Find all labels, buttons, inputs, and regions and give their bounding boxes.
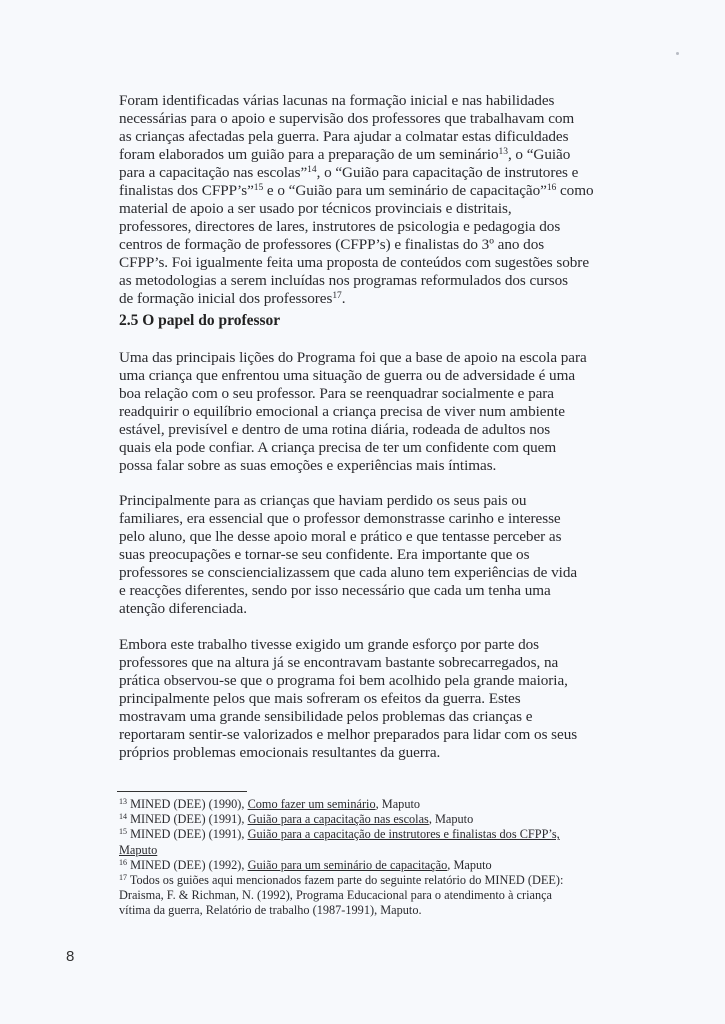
footnote-16: 16 MINED (DEE) (1992), Guião para um sem… (119, 858, 619, 873)
footnote-14: 14 MINED (DEE) (1991), Guião para a capa… (119, 812, 619, 827)
paragraph-2: Uma das principais lições do Programa fo… (119, 349, 609, 475)
text-line: familiares, era essencial que o professo… (119, 510, 609, 528)
text-line: boa relação com o seu professor. Para se… (119, 385, 609, 403)
text-line: professores se consciencializassem que c… (119, 564, 609, 582)
section-heading: 2.5 O papel do professor (119, 311, 280, 331)
text-line: quais ela pode confiar. A criança precis… (119, 439, 609, 457)
text-line: as metodologias a serem incluídas nos pr… (119, 272, 609, 290)
text-line: Foram identificadas várias lacunas na fo… (119, 92, 609, 110)
footnote-separator (117, 791, 247, 792)
text-line: para a capacitação nas escolas”14, o “Gu… (119, 164, 609, 182)
text-line: e reacções diferentes, sendo por isso ne… (119, 582, 609, 600)
text-line: próprios problemas emocionais resultante… (119, 744, 609, 762)
footnote-17-cont: Draisma, F. & Richman, N. (1992), Progra… (119, 888, 619, 903)
footnotes: 13 MINED (DEE) (1990), Como fazer um sem… (119, 797, 619, 919)
text-line: Principalmente para as crianças que havi… (119, 492, 609, 510)
text-line: finalistas dos CFPP’s”15 e o “Guião para… (119, 182, 609, 200)
text-line: suas preocupações e tornar-se seu confid… (119, 546, 609, 564)
footnote-17: 17 Todos os guiões aqui mencionados faze… (119, 873, 619, 888)
footnote-ref-15: 15 (254, 183, 263, 193)
text-line: professores que na altura já se encontra… (119, 654, 609, 672)
footnote-13: 13 MINED (DEE) (1990), Como fazer um sem… (119, 797, 619, 812)
text-line: Uma das principais lições do Programa fo… (119, 349, 609, 367)
text-line: readquirir o equilíbrio emocional a cria… (119, 403, 609, 421)
document-page: Foram identificadas várias lacunas na fo… (0, 0, 725, 1024)
text-line: foram elaborados um guião para a prepara… (119, 146, 609, 164)
footnote-ref-16: 16 (547, 183, 556, 193)
text-line: material de apoio a ser usado por técnic… (119, 200, 609, 218)
text-line: professores, directores de lares, instru… (119, 218, 609, 236)
text-line: principalmente pelos que mais sofreram o… (119, 690, 609, 708)
text-line: possa falar sobre as suas emoções e expe… (119, 457, 609, 475)
text-line: centros de formação de professores (CFPP… (119, 236, 609, 254)
text-line: CFPP’s. Foi igualmente feita uma propost… (119, 254, 609, 272)
paragraph-4: Embora este trabalho tivesse exigido um … (119, 636, 609, 762)
footnote-ref-17: 17 (332, 291, 341, 301)
paragraph-3: Principalmente para as crianças que havi… (119, 492, 609, 618)
text-line: reportaram sentir-se valorizados e melho… (119, 726, 609, 744)
text-line: de formação inicial dos professores17. (119, 290, 609, 308)
scan-speck (676, 52, 679, 55)
text-line: pelo aluno, que lhe desse apoio moral e … (119, 528, 609, 546)
page-number: 8 (66, 948, 74, 965)
footnote-17-cont: vítima da guerra, Relatório de trabalho … (119, 903, 619, 918)
text-line: prática observou-se que o programa foi b… (119, 672, 609, 690)
text-line: Embora este trabalho tivesse exigido um … (119, 636, 609, 654)
footnote-15: 15 MINED (DEE) (1991), Guião para a capa… (119, 827, 619, 842)
text-line: necessárias para o apoio e supervisão do… (119, 110, 609, 128)
footnote-ref-14: 14 (307, 165, 316, 175)
paragraph-1: Foram identificadas várias lacunas na fo… (119, 92, 609, 308)
footnote-15-cont: Maputo (119, 843, 619, 858)
text-line: as crianças afectadas pela guerra. Para … (119, 128, 609, 146)
footnote-ref-13: 13 (499, 147, 508, 157)
text-line: uma criança que enfrentou uma situação d… (119, 367, 609, 385)
text-line: atenção diferenciada. (119, 600, 609, 618)
text-line: estável, previsível e dentro de uma roti… (119, 421, 609, 439)
text-line: mostravam uma grande sensibilidade pelos… (119, 708, 609, 726)
